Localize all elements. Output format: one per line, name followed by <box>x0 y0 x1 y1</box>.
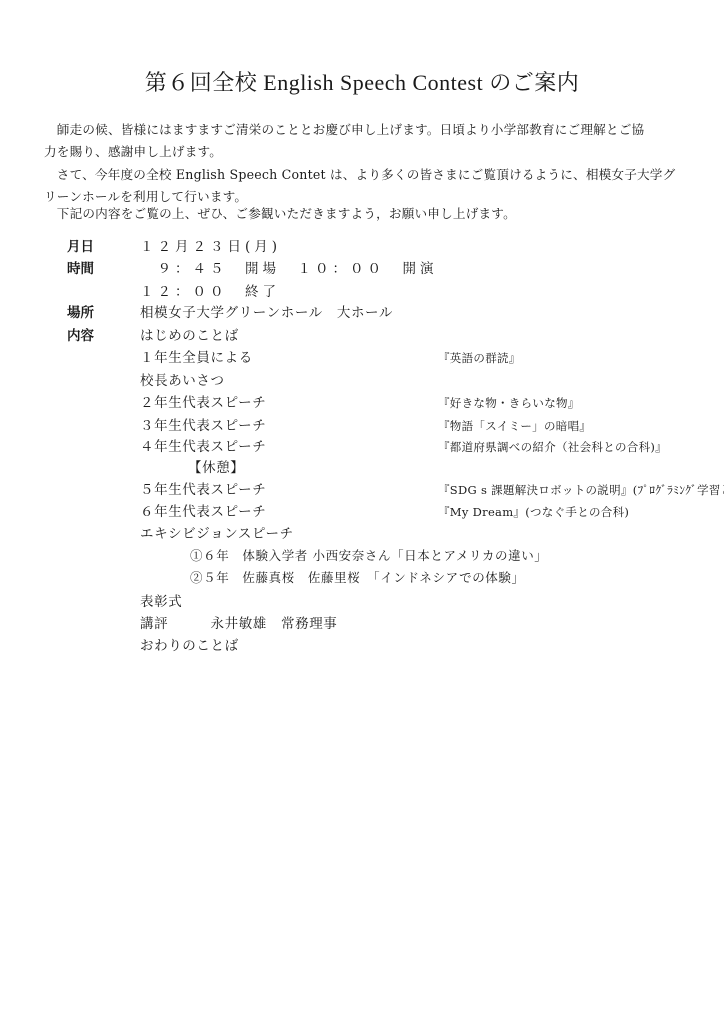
program-item-exhibition: エキシビジョンスピーチ <box>140 523 294 545</box>
program-item-grade3: ３年生代表スピーチ 『物語「スイミー」の暗唱』 <box>140 415 266 437</box>
program-item-text: エキシビジョンスピーチ <box>140 526 294 542</box>
program-item-break: 【休憩】 <box>188 457 244 479</box>
program-item-text: ②５年 佐藤真桜 佐藤里桜 「インドネシアでの体験」 <box>190 570 525 585</box>
program-item-text: ３年生代表スピーチ <box>140 418 266 434</box>
intro-line-5: 下記の内容をご覧の上、ぜひ、ご参観いただきますよう，お願い申し上げます。 <box>44 203 684 225</box>
document-title: 第６回全校 English Speech Contest のご案内 <box>0 68 724 98</box>
time-label: 時間 <box>67 258 94 280</box>
program-item-grade2: ２年生代表スピーチ 『好きな物・きらいな物』 <box>140 392 266 414</box>
program-item-text: おわりのことば <box>140 638 239 654</box>
program-item-text: １年生全員による <box>140 350 253 366</box>
program-item-detail: 『My Dream』(つなぐ手との合科) <box>438 501 629 523</box>
time-open-start: ９：４５ 開場 １０：００ 開演 <box>140 258 438 280</box>
program-item-text: 【休憩】 <box>188 460 244 476</box>
program-item-review: 講評 永井敏雄 常務理事 <box>140 613 337 635</box>
program-item-text: はじめのことば <box>140 328 239 344</box>
program-item-text: ６年生代表スピーチ <box>140 504 266 520</box>
program-item-text: ４年生代表スピーチ <box>140 439 266 455</box>
program-item-opening: はじめのことば <box>140 325 239 347</box>
program-item-grade4: ４年生代表スピーチ 『都道府県調べの紹介（社会科との合科)』 <box>140 436 266 458</box>
document-page: 第６回全校 English Speech Contest のご案内 師走の候、皆… <box>0 0 724 1024</box>
intro-line-3: さて、今年度の全校 English Speech Contet は、より多くの皆… <box>44 164 684 186</box>
program-item-closing: おわりのことば <box>140 635 239 657</box>
program-item-detail: 『英語の群読』 <box>438 347 521 369</box>
program-item-text: ２年生代表スピーチ <box>140 395 266 411</box>
program-item-detail: 『好きな物・きらいな物』 <box>438 392 580 414</box>
program-item-grade5: ５年生代表スピーチ 『SDG s 課題解決ロボットの説明』(ﾌﾟﾛｸﾞﾗﾐﾝｸﾞ… <box>140 479 266 501</box>
program-item-text: 校長あいさつ <box>140 373 225 389</box>
date-value: １２月２３日(月) <box>140 236 281 258</box>
intro-line-1: 師走の候、皆様にはますますご清栄のこととお慶び申し上げます。日頃より小学部教育に… <box>44 119 684 141</box>
program-item-text: ①６年 体験入学者 小西安奈さん「日本とアメリカの違い」 <box>190 548 547 563</box>
program-item-awards: 表彰式 <box>140 591 182 613</box>
intro-line-2: 力を賜り、感謝申し上げます。 <box>44 141 684 163</box>
date-label: 月日 <box>67 236 94 258</box>
program-item-text: ５年生代表スピーチ <box>140 482 266 498</box>
program-item-exhibition-2: ②５年 佐藤真桜 佐藤里桜 「インドネシアでの体験」 <box>190 567 525 589</box>
program-item-exhibition-1: ①６年 体験入学者 小西安奈さん「日本とアメリカの違い」 <box>190 545 547 567</box>
place-value: 相模女子大学グリーンホール 大ホール <box>140 302 393 324</box>
program-item-detail: 『SDG s 課題解決ロボットの説明』(ﾌﾟﾛｸﾞﾗﾐﾝｸﾞ学習との合科) <box>438 479 724 501</box>
program-item-principal: 校長あいさつ <box>140 370 225 392</box>
program-item-text: 講評 永井敏雄 常務理事 <box>140 616 337 632</box>
content-label: 内容 <box>67 325 94 347</box>
program-item-detail: 『物語「スイミー」の暗唱』 <box>438 415 591 437</box>
time-end: １２：００ 終了 <box>140 281 280 303</box>
program-item-grade1: １年生全員による 『英語の群読』 <box>140 347 253 369</box>
program-item-grade6: ６年生代表スピーチ 『My Dream』(つなぐ手との合科) <box>140 501 266 523</box>
program-item-text: 表彰式 <box>140 594 182 610</box>
place-label: 場所 <box>67 302 94 324</box>
program-item-detail: 『都道府県調べの紹介（社会科との合科)』 <box>438 436 667 458</box>
